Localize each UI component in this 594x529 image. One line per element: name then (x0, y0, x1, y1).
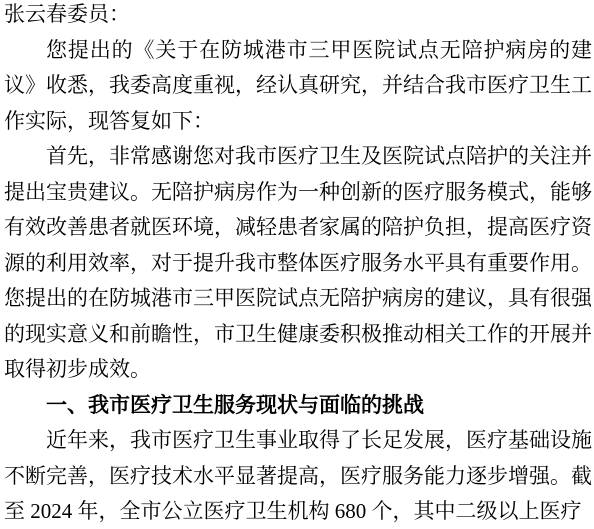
paragraph-intro: 您提出的《关于在防城港市三甲医院试点无陪护病房的建议》收悉，我委高度重视，经认真… (4, 33, 592, 140)
salutation-line: 张云春委员： (4, 0, 592, 33)
paragraph-status: 近年来，我市医疗卫生事业取得了长足发展，医疗基础设施不断完善，医疗技术水平显著提… (4, 423, 592, 526)
document-page: 张云春委员： 您提出的《关于在防城港市三甲医院试点无陪护病房的建议》收悉，我委高… (0, 0, 594, 526)
section-1-heading: 一、我市医疗卫生服务现状与面临的挑战 (4, 388, 592, 424)
paragraph-thanks: 首先，非常感谢您对我市医疗卫生及医院试点陪护的关注并提出宝贵建议。无陪护病房作为… (4, 139, 592, 388)
